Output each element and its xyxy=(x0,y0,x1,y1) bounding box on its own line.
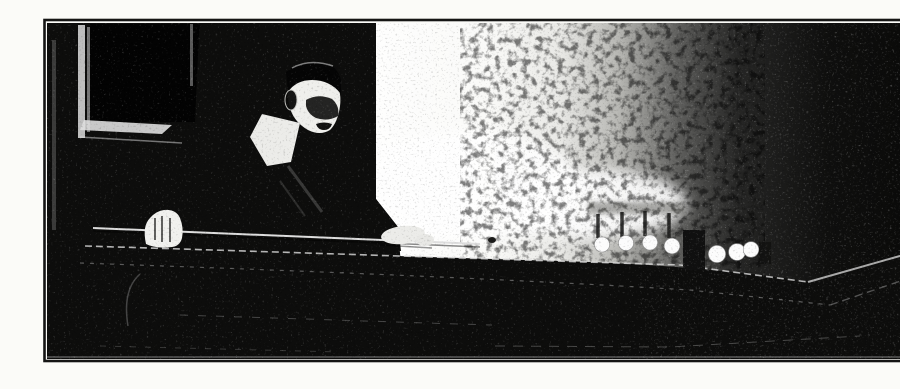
paper-background xyxy=(40,16,900,373)
engraving-figure: Black-and-white halftone print of a mous… xyxy=(40,16,900,373)
billiards-engraving: Black-and-white halftone print of a mous… xyxy=(40,16,900,373)
